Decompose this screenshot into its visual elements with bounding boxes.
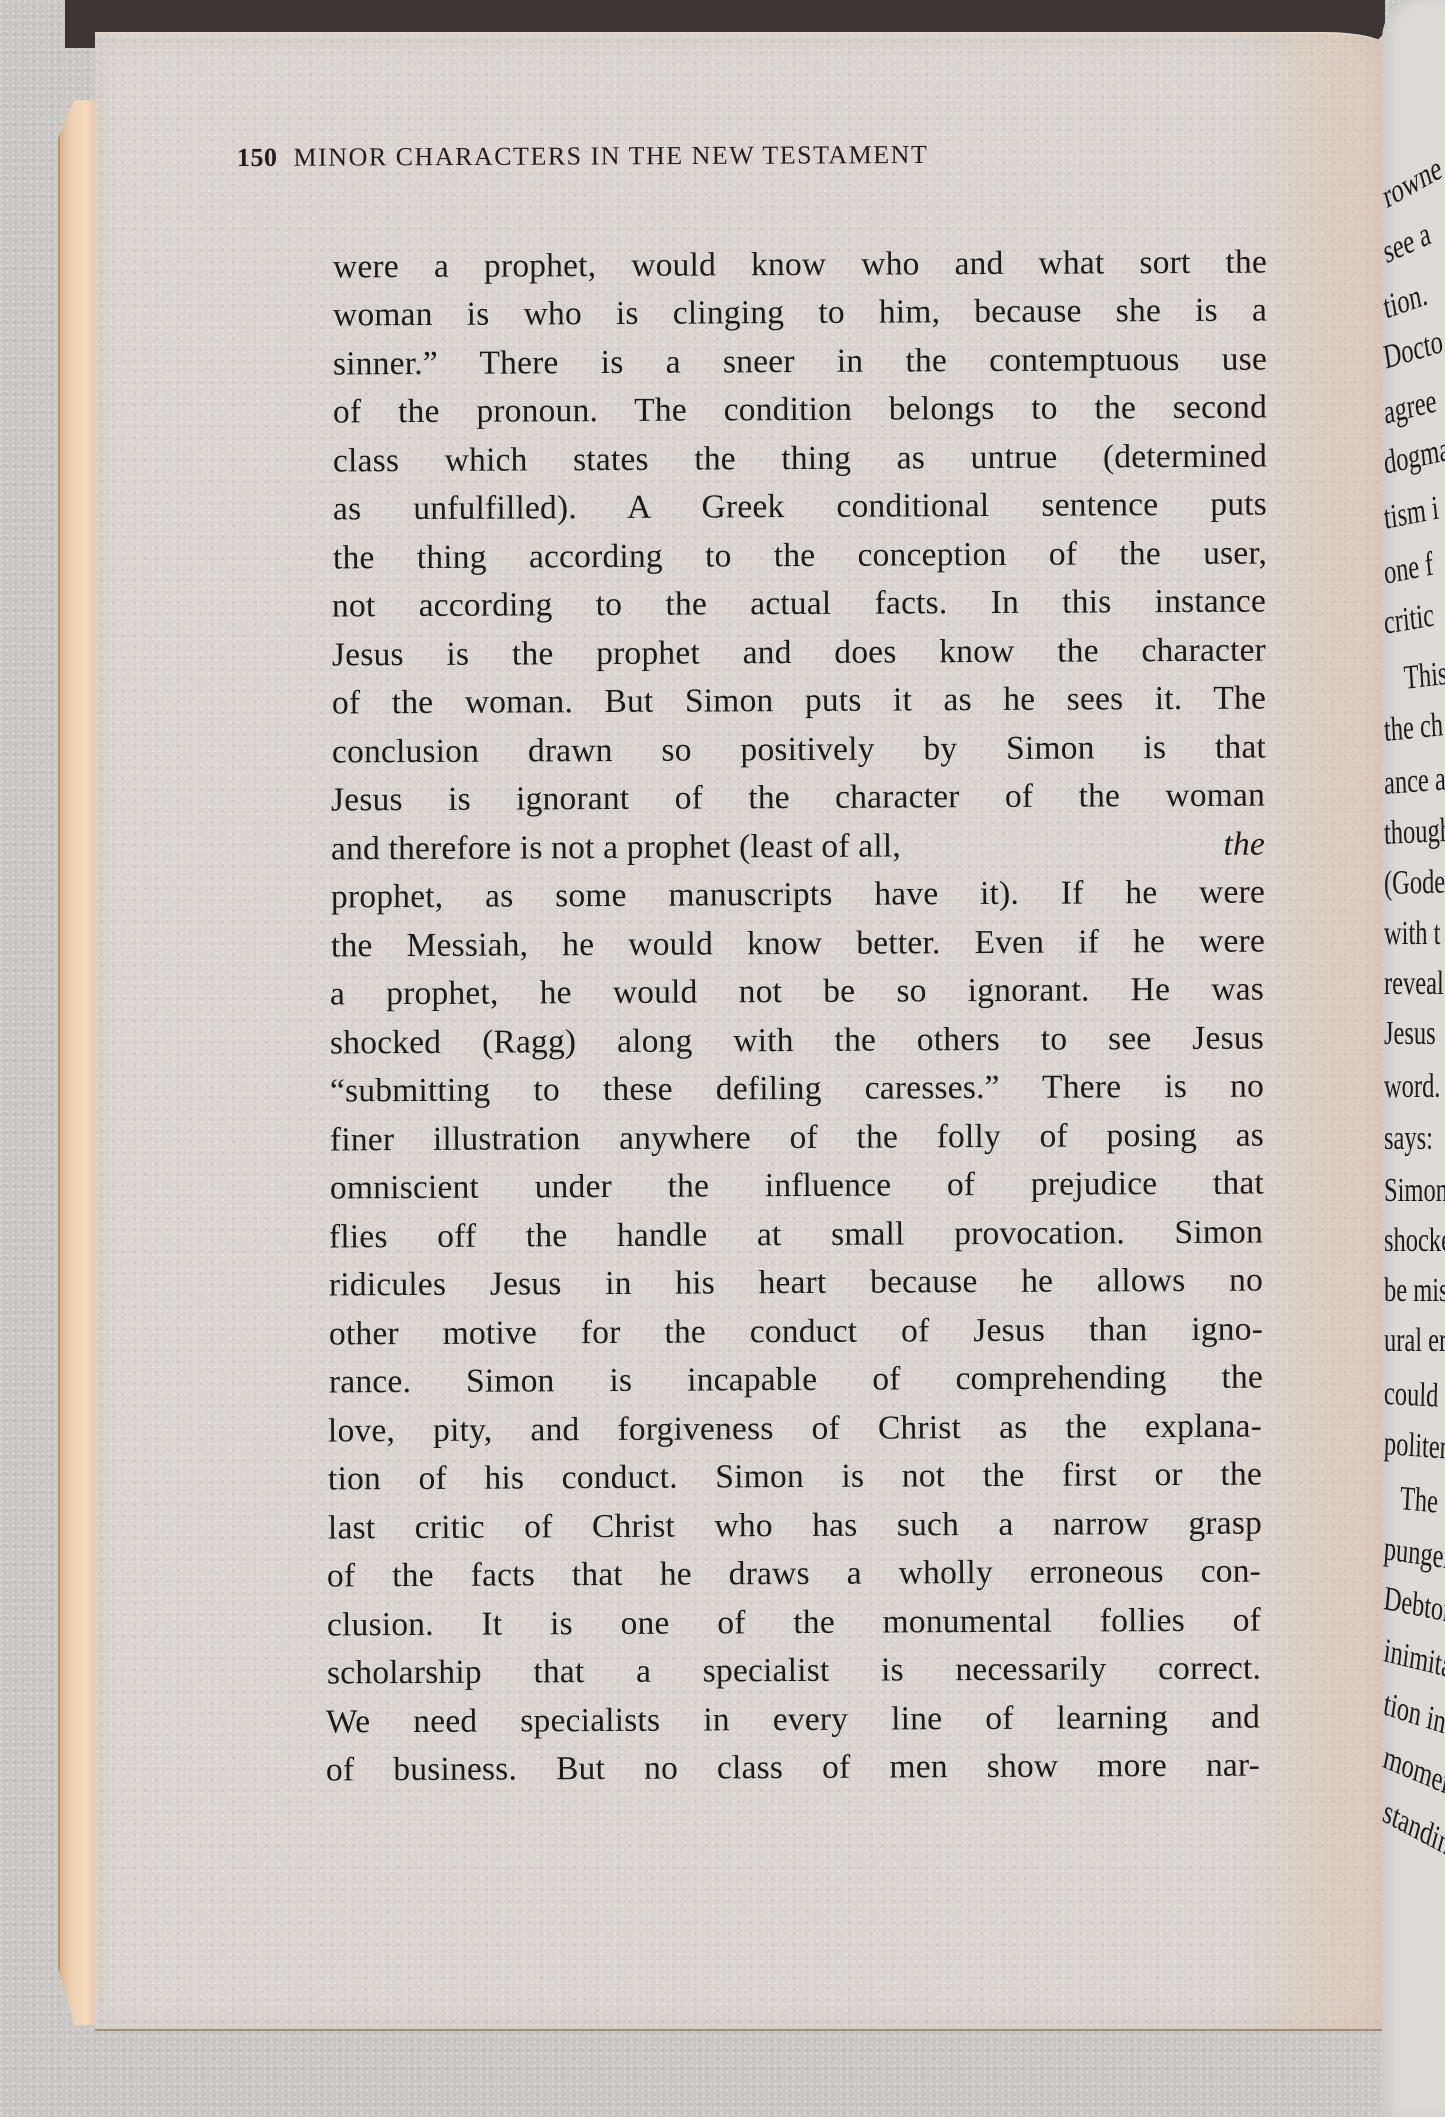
- text-line: shocked (Ragg) along with the others to …: [330, 1022, 1264, 1060]
- facing-text-fragment: tism i: [1382, 490, 1440, 538]
- facing-text-fragment: The: [1399, 1480, 1439, 1522]
- text-line: tion of his conduct. Simon is not the fi…: [328, 1458, 1262, 1496]
- text-line: last critic of Christ who has such a nar…: [328, 1507, 1262, 1545]
- text-line: class which states the thing as untrue (…: [333, 440, 1267, 478]
- facing-page: rowne see a tion. Docto agree dogma tism…: [1382, 0, 1445, 2117]
- text-line: Jesus is the prophet and does know the c…: [332, 634, 1266, 672]
- facing-text-fragment: Simon: [1384, 1172, 1445, 1210]
- text-line: love, pity, and forgiveness of Christ as…: [328, 1410, 1262, 1448]
- text-line: flies off the handle at small provocatio…: [329, 1216, 1263, 1254]
- facing-text-fragment: Jesus: [1384, 1015, 1436, 1053]
- facing-text-fragment: (Gode: [1384, 864, 1445, 903]
- facing-text-fragment: shocke: [1384, 1222, 1445, 1260]
- page-number: 150: [237, 143, 278, 172]
- text-line: “submitting to these defiling caresses.”…: [330, 1070, 1264, 1108]
- running-head: 150MINOR CHARACTERS IN THE NEW TESTAMENT: [237, 139, 1197, 173]
- facing-text-fragment: This: [1403, 655, 1445, 698]
- facing-text-fragment: Debtor: [1382, 1580, 1445, 1631]
- text-line: the Messiah, he would know better. Even …: [331, 925, 1265, 963]
- facing-text-fragment: though: [1384, 812, 1445, 853]
- running-head-title: MINOR CHARACTERS IN THE NEW TESTAMENT: [293, 140, 928, 172]
- facing-text-fragment: agree: [1382, 383, 1439, 433]
- facing-text-fragment: reveal: [1384, 965, 1444, 1003]
- text-line: rance. Simon is incapable of comprehendi…: [329, 1361, 1263, 1399]
- text-line: as unfulfilled). A Greek conditional sen…: [333, 488, 1267, 526]
- text-line: finer illustration anywhere of the folly…: [330, 1119, 1264, 1157]
- facing-text-fragment: says:: [1384, 1120, 1433, 1158]
- text-line: conclusion drawn so positively by Simon …: [332, 731, 1266, 769]
- text-line: prophet, as some manuscripts have it). I…: [331, 876, 1265, 914]
- italic-word: the: [1223, 828, 1265, 862]
- text-line: and therefore is not a prophet (least of…: [331, 828, 1265, 866]
- facing-text-fragment: tion.: [1382, 276, 1430, 328]
- text-line-main: and therefore is not a prophet (least of…: [331, 827, 901, 867]
- facing-text-fragment: be mis: [1384, 1272, 1445, 1310]
- text-line: ridicules Jesus in his heart because he …: [329, 1264, 1263, 1302]
- text-line: clusion. It is one of the monumental fol…: [327, 1604, 1261, 1642]
- facing-text-fragment: could c: [1384, 1375, 1445, 1416]
- facing-text-fragment: politen: [1383, 1425, 1445, 1468]
- text-line: of the facts that he draws a wholly erro…: [327, 1555, 1261, 1593]
- facing-text-fragment: dogma: [1382, 431, 1445, 483]
- facing-text-fragment: see a: [1382, 215, 1434, 272]
- facing-text-fragment: with t: [1384, 915, 1440, 953]
- text-line: sinner.” There is a sneer in the contemp…: [333, 343, 1267, 381]
- facing-text-fragment: ural er: [1384, 1322, 1445, 1360]
- facing-text-fragment: inimita: [1382, 1632, 1445, 1686]
- text-line: a prophet, he would not be so ignorant. …: [330, 973, 1264, 1011]
- text-line: not according to the actual facts. In th…: [332, 585, 1266, 623]
- page-edges: [58, 100, 98, 2025]
- facing-text-fragment: Docto: [1382, 323, 1445, 377]
- text-line: of business. But no class of men show mo…: [326, 1749, 1260, 1787]
- text-line: woman is who is clinging to him, because…: [333, 294, 1267, 332]
- facing-text-fragment: word.: [1384, 1068, 1440, 1106]
- facing-text-fragment: tion in: [1382, 1685, 1445, 1742]
- text-line: of the woman. But Simon puts it as he se…: [332, 682, 1266, 720]
- facing-text-fragment: ance a: [1383, 761, 1445, 803]
- facing-text-fragment: the ch: [1383, 706, 1444, 750]
- text-line: Jesus is ignorant of the character of th…: [331, 779, 1265, 817]
- text-line: We need specialists in every line of lea…: [326, 1701, 1260, 1739]
- text-line: other motive for the conduct of Jesus th…: [329, 1313, 1263, 1351]
- text-line: the thing according to the conception of…: [333, 537, 1267, 575]
- text-line: scholarship that a specialist is necessa…: [327, 1652, 1261, 1690]
- facing-text-fragment: rowne: [1382, 150, 1445, 217]
- text-line: of the pronoun. The condition belongs to…: [333, 391, 1267, 429]
- facing-text-fragment: standin: [1382, 1793, 1445, 1864]
- text-line: were a prophet, would know who and what …: [333, 246, 1267, 284]
- facing-text-fragment: one f: [1382, 546, 1435, 593]
- text-line: omniscient under the influence of prejud…: [330, 1167, 1264, 1205]
- facing-text-fragment: critic: [1382, 597, 1435, 643]
- facing-text-fragment: pungen: [1383, 1530, 1445, 1578]
